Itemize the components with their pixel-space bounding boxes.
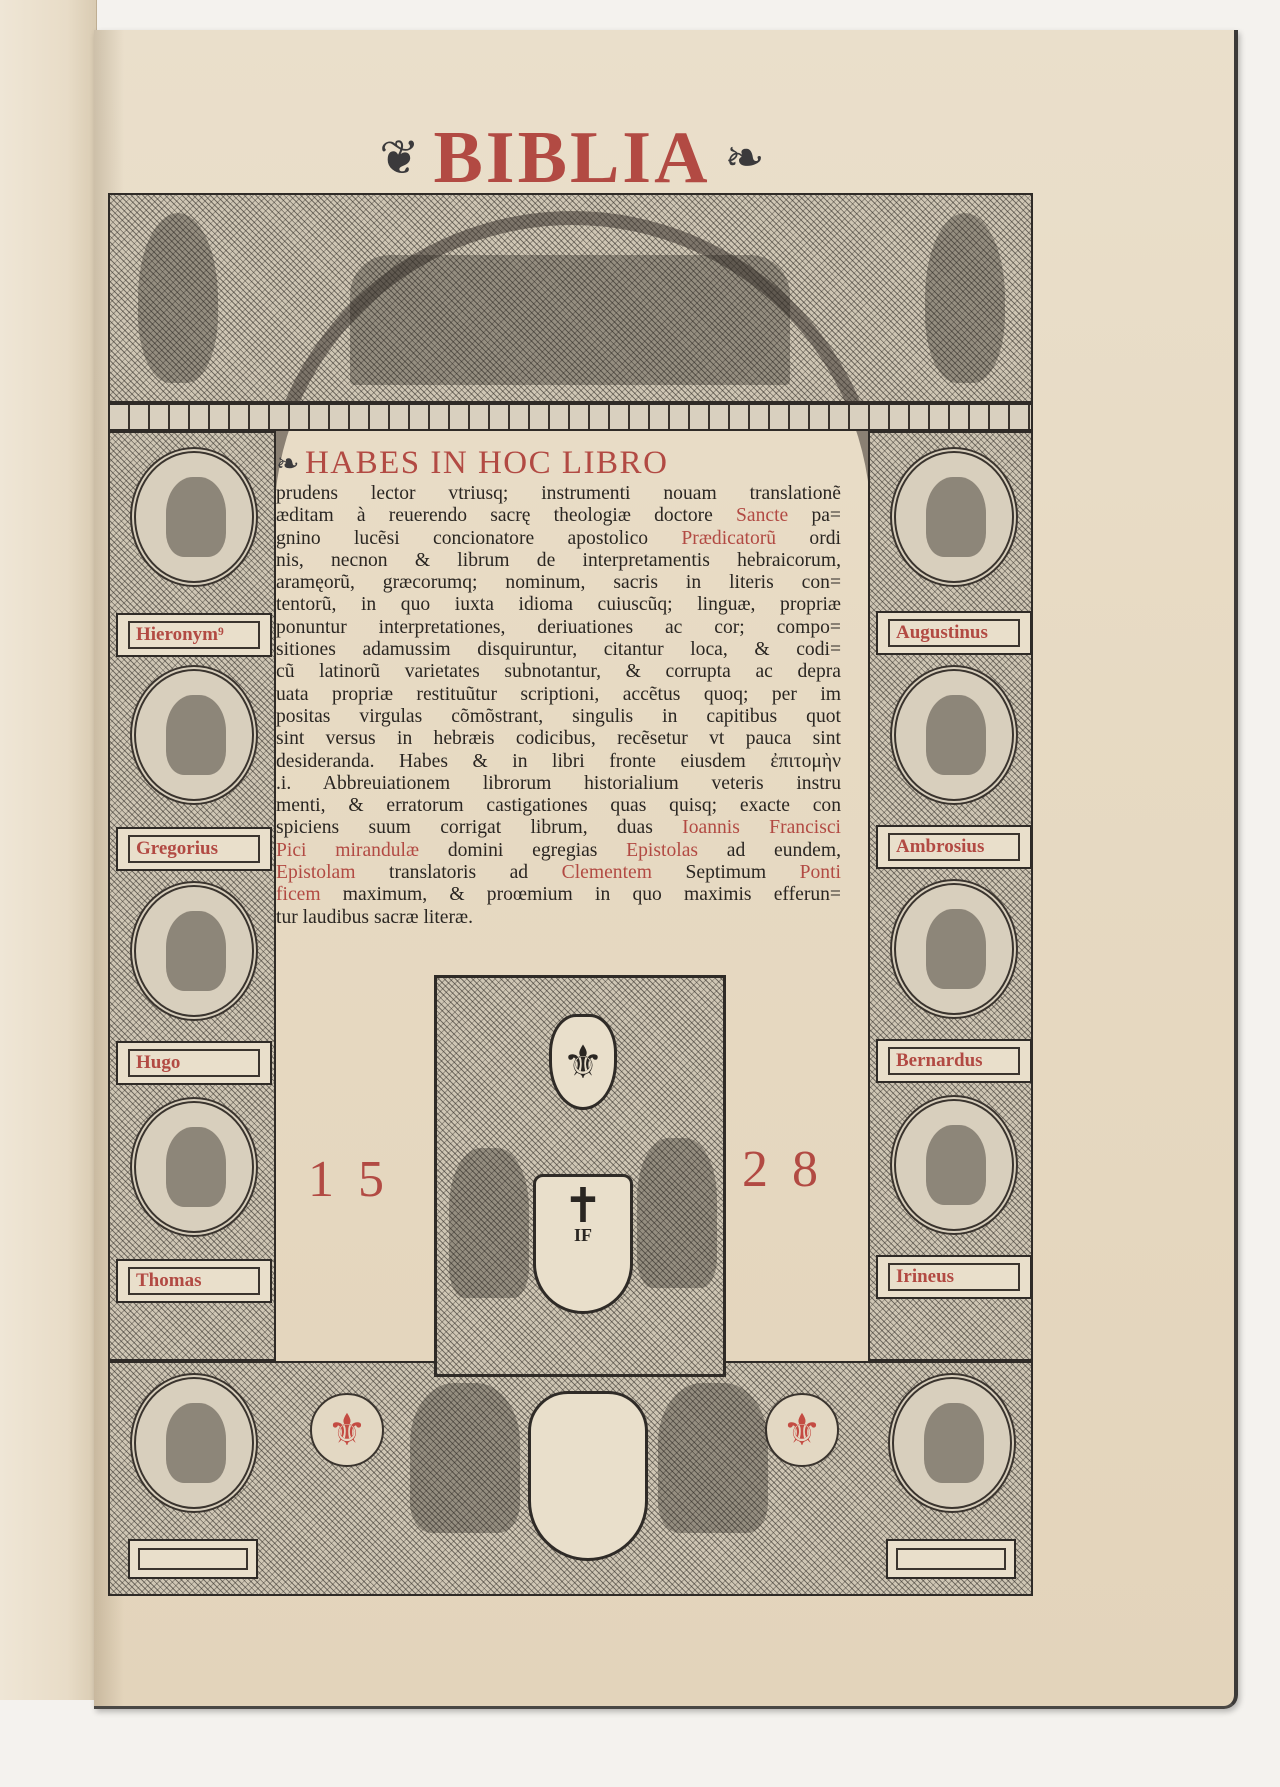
empty-label-right [886, 1539, 1016, 1579]
fleuron-icon: ❧ [276, 449, 301, 480]
text-run: æditam à reuerendo sacrę theologiæ docto… [276, 505, 736, 526]
portrait-medallion [890, 447, 1018, 587]
text-run: tur laudibus sacræ literæ. [276, 907, 473, 928]
cross-icon: ✝ [563, 1183, 603, 1231]
text-line: sitiones adamussim disquiruntur, citantu… [276, 639, 841, 661]
text-line: tur laudibus sacræ literæ. [276, 907, 841, 929]
rubricated-text: Clementem [562, 862, 652, 883]
border-label-left-2: Gregorius [116, 827, 272, 871]
text-line: prudens lector vtriusq; instrumenti noua… [276, 483, 841, 505]
text-line: æditam à reuerendo sacrę theologiæ docto… [276, 505, 841, 527]
text-run: translatoris ad [355, 862, 561, 883]
text-line: tentorũ, in quo iuxta idioma cuiuscũq; l… [276, 594, 841, 616]
rubricated-text: Ioannis Francisci [682, 817, 841, 838]
text-run: cũ latinorũ varietates subnotantur, & co… [276, 661, 841, 682]
year-right: 28 [742, 1140, 842, 1199]
text-line: nis, necnon & librum de interpretamentis… [276, 550, 841, 572]
empty-label-left [128, 1539, 258, 1579]
text-run: sint versus in hebræis codicibus, recẽse… [276, 728, 841, 749]
arch-lintel [108, 403, 1033, 431]
rubricated-text: Epistolam [276, 862, 355, 883]
rubricated-text: Prædicatorũ [681, 528, 776, 549]
text-run: .i. Abbreuiationem librorum historialium… [276, 773, 841, 794]
printers-device-woodcut: ⚜ ✝ IF [434, 975, 726, 1377]
lion-supporter-right [637, 1138, 717, 1288]
text-line: ficem maximum, & proœmium in quo maximis… [276, 884, 841, 906]
rubricated-text: Pici mirandulæ [276, 840, 419, 861]
facing-page-edge [0, 0, 97, 1700]
book-title: BIBLIA [433, 121, 710, 195]
rubricated-text: Ponti [800, 862, 841, 883]
text-line: uata propriæ restituũtur scriptioni, acc… [276, 684, 841, 706]
rubricated-text: Sancte [736, 505, 788, 526]
red-fleur-de-lis-icon: ⚜ [310, 1393, 384, 1467]
arch-woodcut-top [108, 193, 1033, 403]
portrait-medallion [130, 1373, 258, 1513]
text-run: ad eundem, [698, 840, 841, 861]
device-monogram: IF [574, 1225, 592, 1246]
bottom-border-woodcut: ⚜ ⚜ [108, 1361, 1033, 1596]
border-label-left-4: Thomas [116, 1259, 272, 1303]
text-line: Epistolam translatoris ad Clementem Sept… [276, 862, 841, 884]
title-row: ❦ BIBLIA ❧ [312, 118, 832, 198]
border-label-left-3: Hugo [116, 1041, 272, 1085]
border-label-left-1: Hieronym⁹ [116, 613, 272, 657]
text-run: nis, necnon & librum de interpretamentis… [276, 550, 841, 571]
text-heading: ❧HABES IN HOC LIBRO [276, 445, 841, 483]
border-label-right-3: Bernardus [876, 1039, 1032, 1083]
portrait-medallion [890, 879, 1018, 1019]
text-run: desideranda. Habes & in libri fronte eiu… [276, 751, 841, 772]
text-run: uata propriæ restituũtur scriptioni, acc… [276, 684, 841, 705]
lion-right-figure [658, 1383, 768, 1533]
border-label-right-1: Augustinus [876, 611, 1032, 655]
portrait-medallion [130, 447, 258, 587]
text-run: maximum, & proœmium in quo maximis effer… [321, 884, 841, 905]
blank-cartouche-shield [528, 1391, 648, 1561]
putto-right-figure [925, 213, 1005, 383]
title-page-text: ❧HABES IN HOC LIBRO prudens lector vtriu… [276, 445, 841, 929]
red-fleur-de-lis-icon: ⚜ [765, 1393, 839, 1467]
putto-left-figure [138, 213, 218, 383]
text-run: positas virgulas cõmõstrant, singulis in… [276, 706, 841, 727]
text-line: .i. Abbreuiationem librorum historialium… [276, 773, 841, 795]
portrait-medallion [130, 1097, 258, 1237]
fleuron-right-icon: ❧ [725, 134, 765, 182]
text-run: domini egregias [419, 840, 626, 861]
text-run: ponuntur interpretationes, deriuationes … [276, 617, 841, 638]
text-run: aramęorũ, græcorumq; nominum, sacris in … [276, 572, 841, 593]
text-line: desideranda. Habes & in libri fronte eiu… [276, 751, 841, 773]
text-line: sint versus in hebræis codicibus, recẽse… [276, 728, 841, 750]
text-run: sitiones adamussim disquiruntur, citantu… [276, 639, 841, 660]
portrait-medallion [890, 1095, 1018, 1235]
text-run: pa= [788, 505, 841, 526]
fleur-de-lis-shield-icon: ⚜ [549, 1014, 617, 1110]
text-run: menti, & erratorum castigationes quas qu… [276, 795, 841, 816]
portrait-medallion [888, 1373, 1016, 1513]
rubricated-text: ficem [276, 884, 321, 905]
border-label-right-4: Irineus [876, 1255, 1032, 1299]
right-border-column: Augustinus Ambrosius Bernardus Irineus [868, 431, 1033, 1361]
text-run: Septimum [652, 862, 800, 883]
lion-supporter-left [449, 1148, 529, 1298]
portrait-medallion [130, 881, 258, 1021]
text-run: spiciens suum corrigat librum, duas [276, 817, 682, 838]
year-left: 15 [308, 1150, 408, 1209]
portrait-medallion [890, 665, 1018, 805]
border-label-right-2: Ambrosius [876, 825, 1032, 869]
portrait-medallion [130, 665, 258, 805]
text-line: positas virgulas cõmõstrant, singulis in… [276, 706, 841, 728]
device-shield: ✝ IF [533, 1174, 633, 1314]
text-run: prudens lector vtriusq; instrumenti noua… [276, 483, 841, 504]
text-line: Pici mirandulæ domini egregias Epistolas… [276, 840, 841, 862]
left-border-column: Hieronym⁹ Gregorius Hugo Thomas [108, 431, 276, 1361]
text-run: tentorũ, in quo iuxta idioma cuiuscũq; l… [276, 594, 841, 615]
text-line: cũ latinorũ varietates subnotantur, & co… [276, 661, 841, 683]
text-run: ordi [776, 528, 841, 549]
text-line: menti, & erratorum castigationes quas qu… [276, 795, 841, 817]
rubricated-text: Epistolas [626, 840, 698, 861]
text-line: spiciens suum corrigat librum, duas Ioan… [276, 817, 841, 839]
enthroned-figures-group [350, 255, 790, 385]
text-run: gnino lucẽsi concionatore apostolico [276, 528, 681, 549]
fleuron-left-icon: ❦ [379, 134, 419, 182]
body-text: prudens lector vtriusq; instrumenti noua… [276, 483, 841, 929]
text-line: ponuntur interpretationes, deriuationes … [276, 617, 841, 639]
text-line: gnino lucẽsi concionatore apostolico Præ… [276, 528, 841, 550]
lion-left-figure [410, 1383, 520, 1533]
text-line: aramęorũ, græcorumq; nominum, sacris in … [276, 572, 841, 594]
